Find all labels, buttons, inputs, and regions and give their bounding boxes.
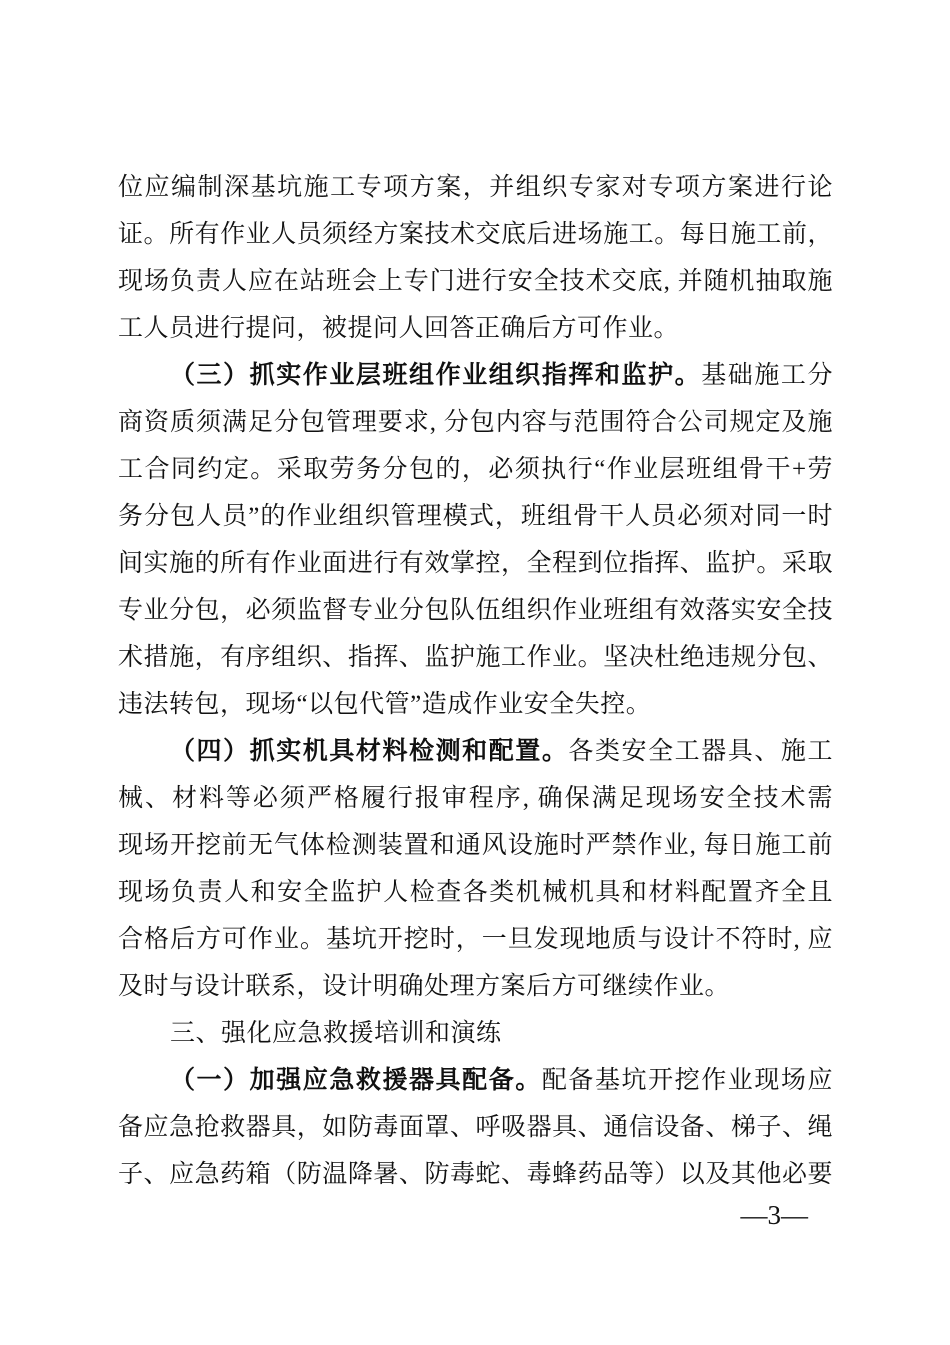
document-page: 位应编制深基坑施工专项方案，并组织专家对专项方案进行论 证。所有作业人员须经方案… xyxy=(0,0,950,1345)
heading-run: （四）抓实机具材料检测和配置。 xyxy=(170,738,568,765)
text-line: 工人员进行提问，被提问人回答正确后方可作业。 xyxy=(118,305,833,352)
text-run: 专业分包，必须监督专业分包队伍组织作业班组有效落实安全技 xyxy=(118,597,833,624)
text-line: （三）抓实作业层班组作业组织指挥和监护。基础施工分包 xyxy=(118,352,833,399)
text-line: 位应编制深基坑施工专项方案，并组织专家对专项方案进行论 xyxy=(118,164,833,211)
text-line: 证。所有作业人员须经方案技术交底后进场施工。每日施工前， xyxy=(118,211,833,258)
section-heading: 三、强化应急救援培训和演练 xyxy=(118,1010,833,1057)
text-run: 商资质须满足分包管理要求, 分包内容与范围符合公司规定及施 xyxy=(118,409,833,436)
text-run: 证。所有作业人员须经方案技术交底后进场施工。每日施工前， xyxy=(118,221,833,248)
text-line: 子、应急药箱（防温降暑、防毒蛇、毒蜂药品等）以及其他必要 xyxy=(118,1151,833,1198)
text-run: 三、强化应急救援培训和演练 xyxy=(170,1020,502,1047)
text-line: （四）抓实机具材料检测和配置。各类安全工器具、施工机 xyxy=(118,728,833,775)
text-line: 械、材料等必须严格履行报审程序, 确保满足现场安全技术需要。 xyxy=(118,775,833,822)
text-line: 务分包人员”的作业组织管理模式，班组骨干人员必须对同一时 xyxy=(118,493,833,540)
text-run: 术措施，有序组织、指挥、监护施工作业。坚决杜绝违规分包、 xyxy=(118,644,833,671)
text-run: 现场负责人和安全监护人检查各类机械机具和材料配置齐全且 xyxy=(118,879,833,906)
text-run: 及时与设计联系，设计明确处理方案后方可继续作业。 xyxy=(118,973,730,1000)
text-line: 间实施的所有作业面进行有效掌控，全程到位指挥、监护。采取 xyxy=(118,540,833,587)
text-line: 违法转包，现场“以包代管”造成作业安全失控。 xyxy=(118,681,833,728)
text-run: 备应急抢救器具，如防毒面罩、呼吸器具、通信设备、梯子、绳 xyxy=(118,1114,833,1141)
text-run: 工合同约定。采取劳务分包的，必须执行“作业层班组骨干+劳 xyxy=(118,456,833,483)
text-run: 现场开挖前无气体检测装置和通风设施时严禁作业, 每日施工前 xyxy=(118,832,833,859)
text-run: 工人员进行提问，被提问人回答正确后方可作业。 xyxy=(118,315,679,342)
text-run: 务分包人员”的作业组织管理模式，班组骨干人员必须对同一时 xyxy=(118,503,833,530)
document-body: 位应编制深基坑施工专项方案，并组织专家对专项方案进行论 证。所有作业人员须经方案… xyxy=(118,164,833,1198)
text-line: 及时与设计联系，设计明确处理方案后方可继续作业。 xyxy=(118,963,833,1010)
text-run: 现场负责人应在站班会上专门进行安全技术交底, 并随机抽取施 xyxy=(118,268,833,295)
text-line: （一）加强应急救援器具配备。配备基坑开挖作业现场应配 xyxy=(118,1057,833,1104)
text-line: 现场负责人应在站班会上专门进行安全技术交底, 并随机抽取施 xyxy=(118,258,833,305)
text-line: 商资质须满足分包管理要求, 分包内容与范围符合公司规定及施 xyxy=(118,399,833,446)
text-line: 备应急抢救器具，如防毒面罩、呼吸器具、通信设备、梯子、绳 xyxy=(118,1104,833,1151)
text-line: 合格后方可作业。基坑开挖时，一旦发现地质与设计不符时, 应 xyxy=(118,916,833,963)
text-run: 子、应急药箱（防温降暑、防毒蛇、毒蜂药品等）以及其他必要 xyxy=(118,1161,833,1188)
text-run: 械、材料等必须严格履行报审程序, 确保满足现场安全技术需要。 xyxy=(118,785,833,822)
text-run: 间实施的所有作业面进行有效掌控，全程到位指挥、监护。采取 xyxy=(118,550,833,577)
text-run: 合格后方可作业。基坑开挖时，一旦发现地质与设计不符时, 应 xyxy=(118,926,833,953)
text-run: 位应编制深基坑施工专项方案，并组织专家对专项方案进行论 xyxy=(118,174,833,201)
text-line: 现场开挖前无气体检测装置和通风设施时严禁作业, 每日施工前 xyxy=(118,822,833,869)
text-line: 术措施，有序组织、指挥、监护施工作业。坚决杜绝违规分包、 xyxy=(118,634,833,681)
heading-run: （三）抓实作业层班组作业组织指挥和监护。 xyxy=(170,362,701,389)
heading-run: （一）加强应急救援器具配备。 xyxy=(170,1067,542,1094)
text-line: 专业分包，必须监督专业分包队伍组织作业班组有效落实安全技 xyxy=(118,587,833,634)
text-line: 现场负责人和安全监护人检查各类机械机具和材料配置齐全且 xyxy=(118,869,833,916)
page-number: —3— xyxy=(741,1200,809,1230)
text-run: 违法转包，现场“以包代管”造成作业安全失控。 xyxy=(118,691,651,718)
text-line: 工合同约定。采取劳务分包的，必须执行“作业层班组骨干+劳 xyxy=(118,446,833,493)
